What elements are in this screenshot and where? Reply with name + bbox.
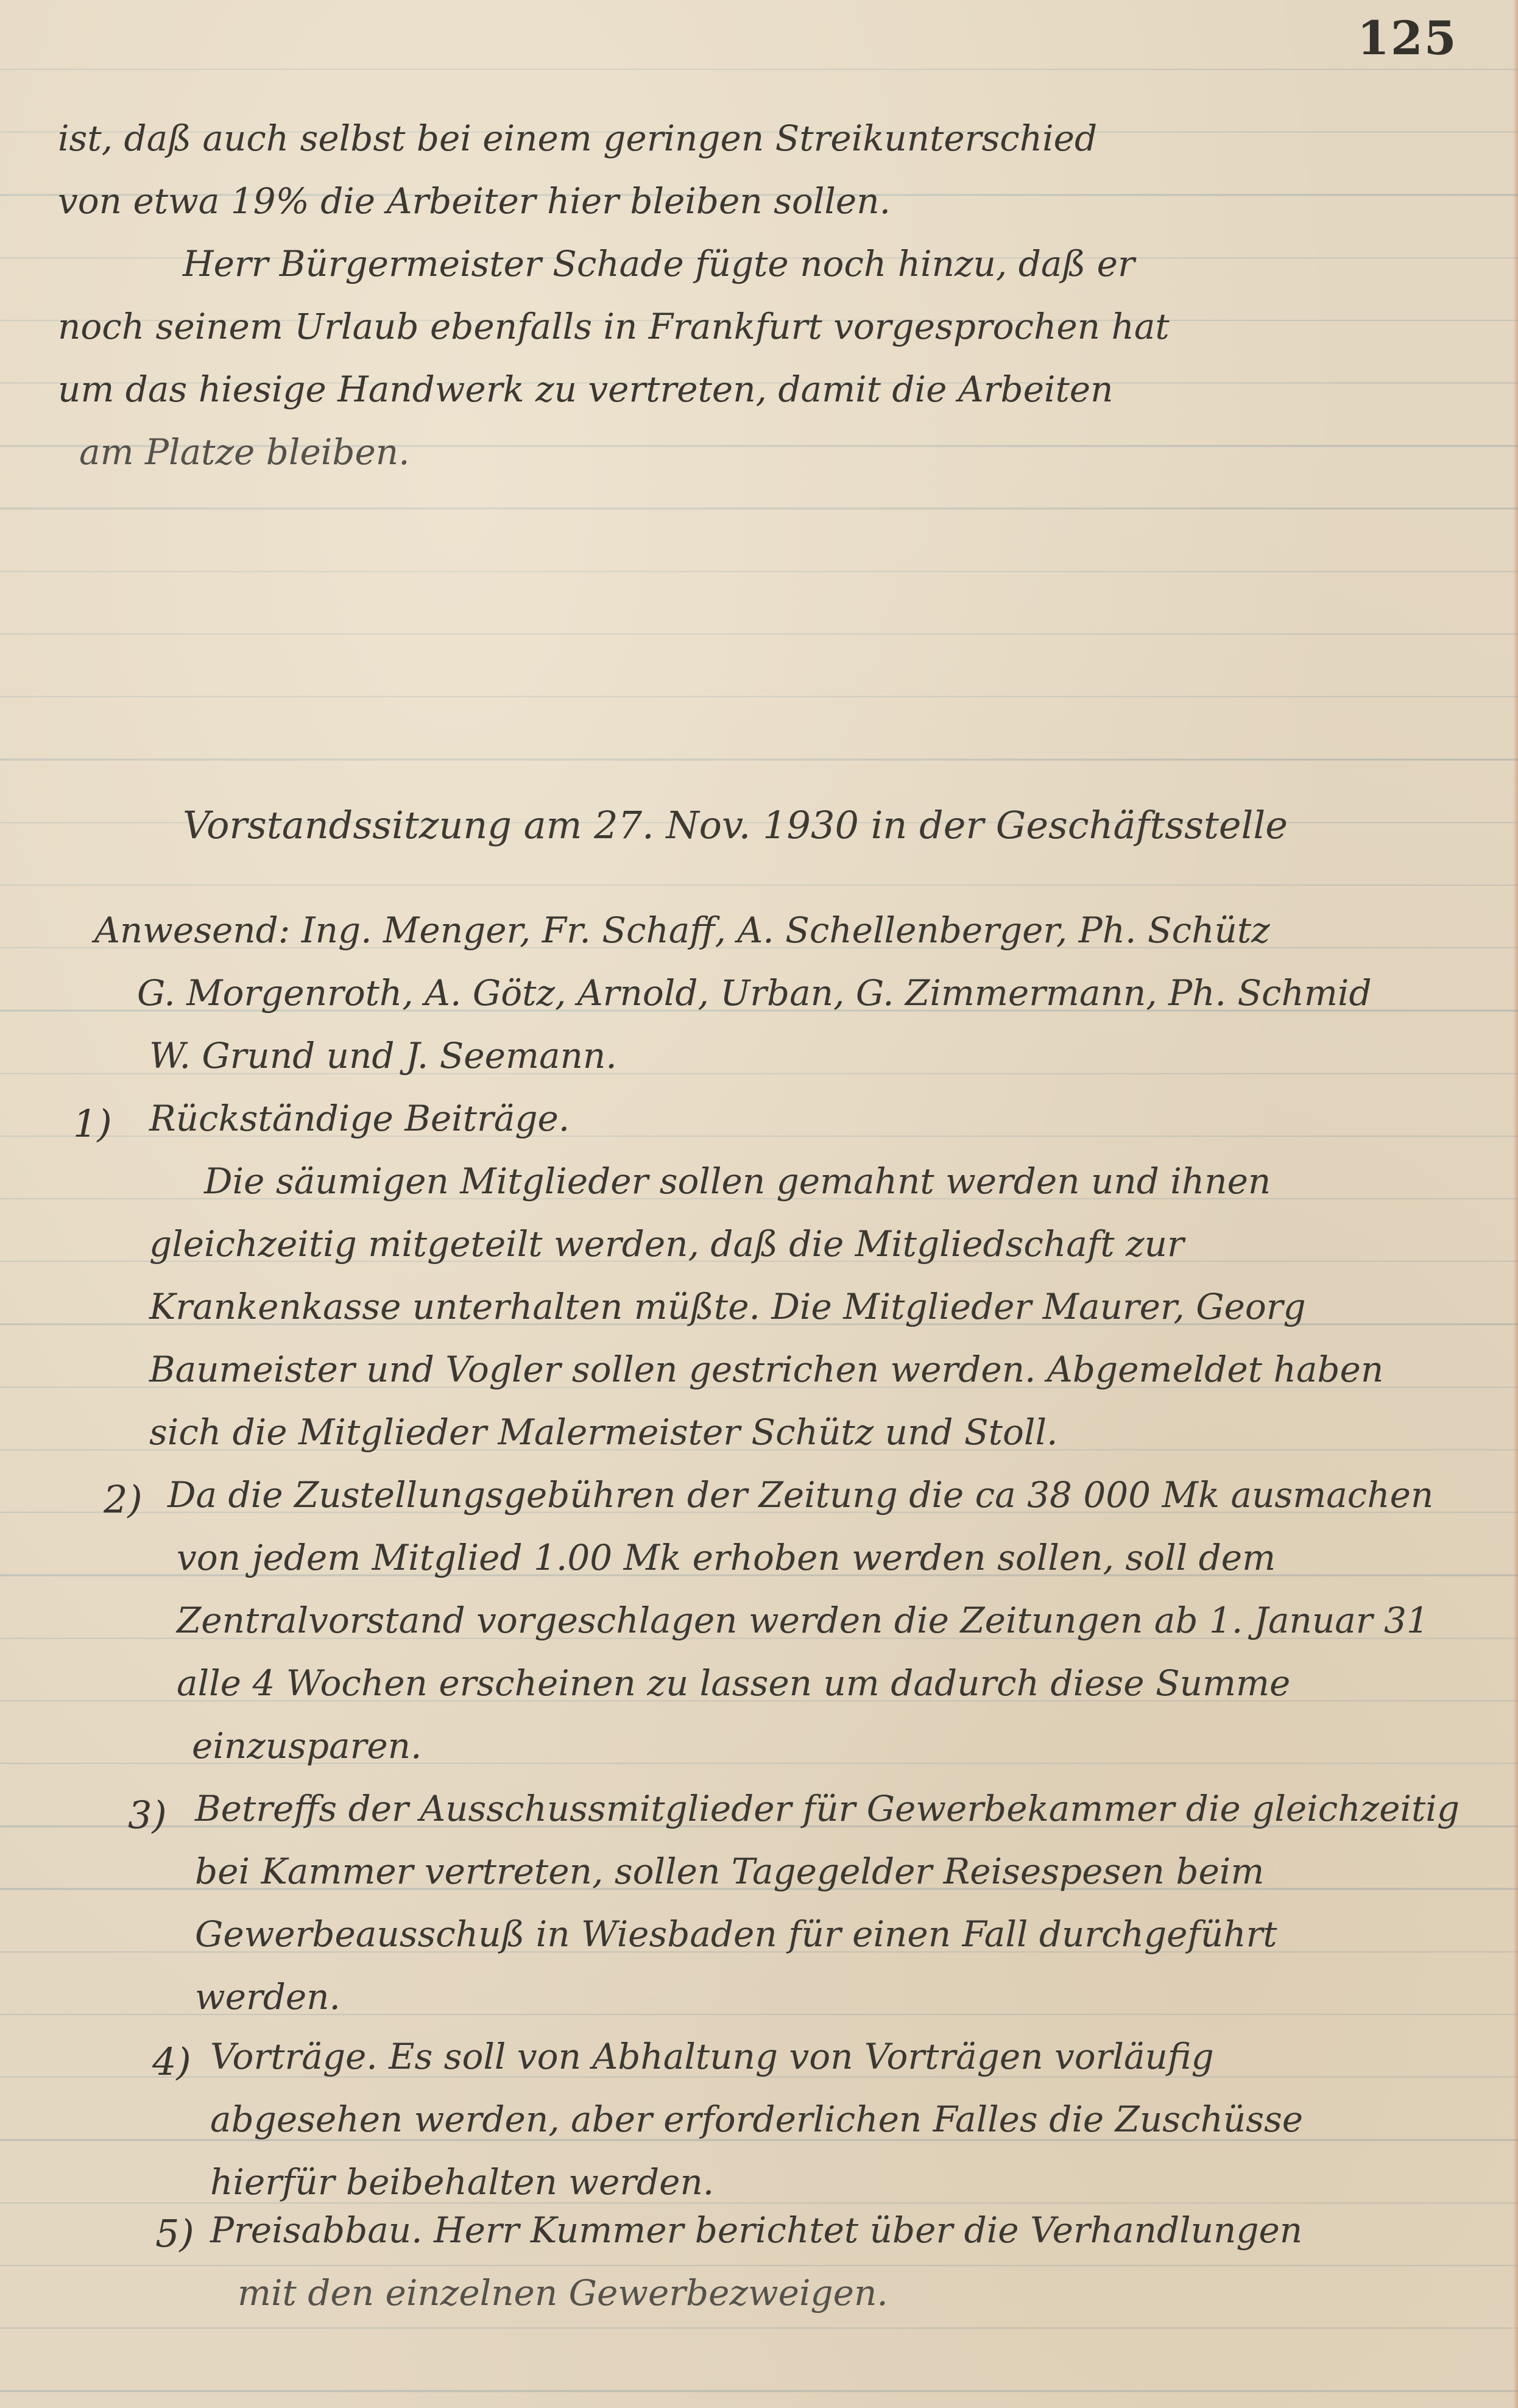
- text-line: gleichzeitig mitgeteilt werden, daß die …: [149, 1213, 1184, 1276]
- text-line: mit den einzelnen Gewerbezweigen.: [238, 2262, 888, 2325]
- text-line: Zentralvorstand vorgeschlagen werden die…: [177, 1589, 1429, 1652]
- attendance-line: W. Grund und J. Seemann.: [149, 1025, 617, 1087]
- text-line: Da die Zustellungsgebühren der Zeitung d…: [168, 1464, 1433, 1527]
- text-line: Vorträge. Es soll von Abhaltung von Vort…: [210, 2025, 1214, 2088]
- text-line: einzusparen.: [192, 1715, 422, 1778]
- item-number: 2): [104, 1477, 143, 1522]
- text-line: bei Kammer vertreten, sollen Tagegelder …: [195, 1840, 1264, 1903]
- text-line: am Platze bleiben.: [79, 421, 410, 484]
- text-line: Gewerbeausschuß in Wiesbaden für einen F…: [195, 1903, 1277, 1966]
- text-line: Preisabbau. Herr Kummer berichtet über d…: [210, 2199, 1302, 2262]
- item-number: 3): [128, 1793, 167, 1837]
- text-line: abgesehen werden, aber erforderlichen Fa…: [210, 2088, 1303, 2151]
- text-line: ist, daß auch selbst bei einem geringen …: [58, 107, 1097, 170]
- text-line: werden.: [195, 1966, 341, 2028]
- item-number: 4): [152, 2039, 191, 2084]
- text-line: Baumeister und Vogler sollen gestrichen …: [149, 1338, 1383, 1401]
- text-line: um das hiesige Handwerk zu vertreten, da…: [58, 358, 1113, 421]
- text-line: Die säumigen Mitglieder sollen gemahnt w…: [204, 1150, 1271, 1213]
- meeting-title: Vorstandssitzung am 27. Nov. 1930 in der…: [183, 803, 1288, 847]
- page-number: 125: [1357, 11, 1458, 65]
- text-line: alle 4 Wochen erscheinen zu lassen um da…: [177, 1652, 1290, 1715]
- text-line: von etwa 19% die Arbeiter hier bleiben s…: [58, 170, 891, 233]
- attendance-line: G. Morgenroth, A. Götz, Arnold, Urban, G…: [137, 962, 1372, 1025]
- attendance-line: Anwesend: Ing. Menger, Fr. Schaff, A. Sc…: [94, 899, 1270, 962]
- page-edge: [1513, 0, 1518, 2408]
- text-line: von jedem Mitglied 1.00 Mk erhoben werde…: [177, 1527, 1276, 1589]
- text-line: Herr Bürgermeister Schade fügte noch hin…: [183, 233, 1135, 295]
- item-number: 5): [155, 2211, 194, 2256]
- item-heading: Rückständige Beiträge.: [149, 1087, 570, 1150]
- text-line: sich die Mitglieder Malermeister Schütz …: [149, 1401, 1057, 1464]
- text-line: noch seinem Urlaub ebenfalls in Frankfur…: [58, 295, 1170, 358]
- text-line: Krankenkasse unterhalten müßte. Die Mitg…: [149, 1276, 1306, 1338]
- text-line: Betreffs der Ausschussmitglieder für Gew…: [195, 1778, 1460, 1840]
- item-number: 1): [73, 1101, 112, 1146]
